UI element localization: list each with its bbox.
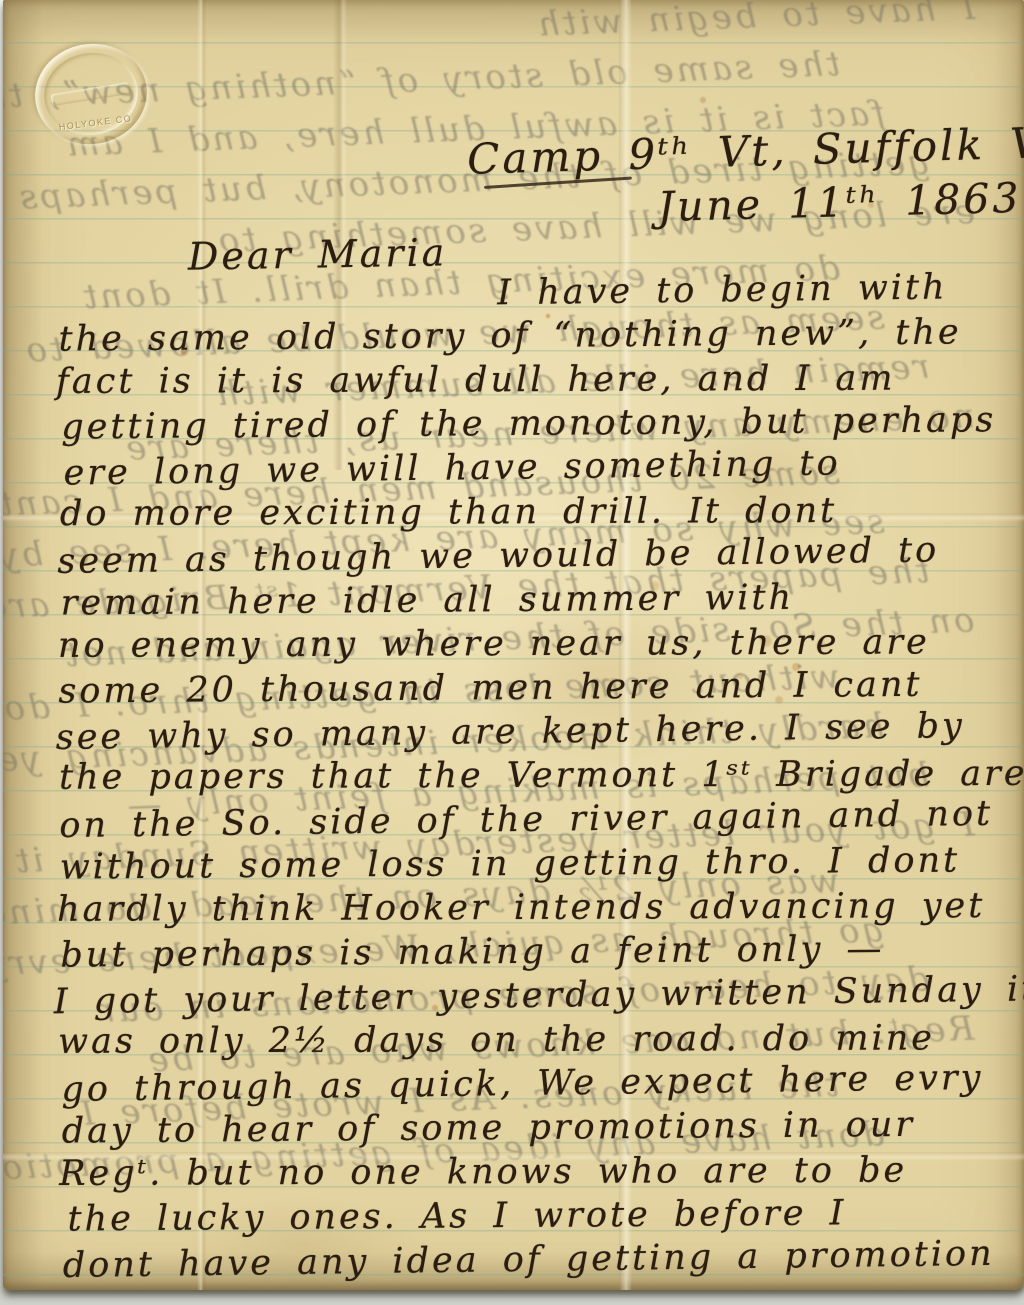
letter-salutation: Dear Maria (188, 230, 448, 278)
handwriting-line: the same old story of “nothing new”, the (58, 312, 961, 359)
scan-background: I have to begin withthe same old story o… (0, 0, 1024, 1305)
handwriting-line: getting tired of the monotony, but perha… (61, 400, 996, 447)
letter-heading-place: Camp 9ᵗʰ Vt, Suffolk Va, (467, 117, 1024, 184)
handwriting-line: I got your letter yesterday written Sund… (54, 969, 1024, 1022)
handwriting-line: I have to begin with (497, 267, 948, 313)
handwriting-line: no enemy any where near us, there are (58, 622, 930, 665)
handwriting-layer: Camp 9ᵗʰ Vt, Suffolk Va, June 11ᵗʰ 1863 … (3, 0, 1024, 1290)
handwriting-line: fact is it is awful dull here, and I am (56, 359, 896, 402)
handwriting-line: the papers that the Vermont 1ˢᵗ Brigade … (59, 754, 1024, 798)
handwriting-line: day to hear of some promotions in our (62, 1105, 916, 1152)
handwriting-line: without some loss in getting thro. I don… (60, 840, 961, 887)
handwriting-line: some 20 thousand men here and I cant (58, 665, 922, 712)
handwriting-line: remain here idle all summer with (61, 578, 795, 624)
handwriting-line: ere long we will have something to (63, 443, 841, 493)
letter-page: I have to begin withthe same old story o… (3, 0, 1024, 1290)
letter-heading-date: June 11ᵗʰ 1863 (657, 174, 1022, 231)
handwriting-line: seem as though we would be allowed to (57, 530, 939, 582)
handwriting-line: the lucky ones. As I wrote before I (67, 1193, 846, 1239)
handwriting-line: but perhaps is making a feint only — (60, 929, 884, 975)
handwriting-line: see why so many are kept here. I see by (55, 706, 965, 758)
handwriting-line: on the So. side of the river again and n… (59, 794, 993, 846)
handwriting-line: do more exciting than drill. It dont (60, 491, 837, 534)
handwriting-line: dont have any idea of getting a promotio… (63, 1234, 995, 1286)
handwriting-line: was only 2½ days on the road. do mine (58, 1018, 935, 1062)
handwriting-line: go through as quick, We expect here evry (61, 1058, 983, 1110)
handwriting-line: Regᵗ. but no one knows who are to be (59, 1151, 907, 1194)
handwriting-lines: I have to begin withthe same old story o… (3, 0, 1019, 4)
handwriting-line: hardly think Hooker intends advancing ye… (57, 886, 985, 930)
